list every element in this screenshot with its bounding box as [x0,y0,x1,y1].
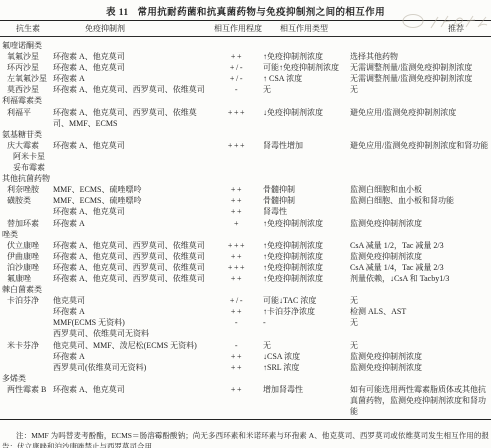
table-number: 表 11 [106,8,128,18]
cell-immunosuppressant: 他克莫司 [50,295,212,306]
cell-antibiotic: 伊曲康唑 [0,251,50,262]
group-label: 棘白菌素类 [2,285,42,294]
cell-recommendation: 监测免疫抑制剂浓度 [344,362,491,373]
cell-immunosuppressant: 他克莫司、MMF、泼尼松(ECMS 无资料) [50,340,212,351]
cell-interaction-type: ↑免疫抑制剂浓度 [262,218,344,229]
cell-interaction-type: ↑免疫抑制剂浓度 [262,273,344,284]
table-title-text: 常用抗耐药菌和抗真菌药物与免疫抑制剂之间的相互作用 [137,8,385,18]
cell-antibiotic [0,351,50,362]
cell-interaction-type: - [262,317,344,328]
cell-immunosuppressant: 环孢素 A、他克莫司、西罗莫司、依维莫司、MMF、ECMS [50,107,212,129]
cell-degree: ++ [212,51,262,62]
cell-recommendation [344,151,491,162]
cell-interaction-type [262,328,344,339]
cell-interaction-type: ↑卡泊芬净浓度 [262,306,344,317]
cell-interaction-type: ↑ CSA 浓度 [262,73,344,84]
cell-recommendation: 避免应用/监测免疫抑制剂浓度和肾功能 [344,140,491,151]
cell-antibiotic: 伏立康唑 [0,240,50,251]
group-label: 多烯类 [2,374,26,383]
cell-degree: ++ [212,251,262,262]
cell-interaction-type: 骨髓抑制 [262,184,344,195]
table-row: 米卡芬净他克莫司、MMF、泼尼松(ECMS 无资料)-无无 [0,340,491,351]
table-row: 替加环素环孢素 A+↑免疫抑制剂浓度监测免疫抑制剂浓度 [0,218,491,229]
table-row: 阿米卡星 [0,151,491,162]
cell-antibiotic: 利福平 [0,107,50,129]
header-interaction-degree: 相互作用程度 [212,23,262,34]
cell-interaction-type [262,151,344,162]
cell-degree: ++ [212,351,262,362]
cell-degree: +/- [212,73,262,84]
cell-antibiotic: 莫西沙星 [0,84,50,95]
cell-antibiotic [0,206,50,217]
cell-recommendation: 选择其他药物 [344,51,491,62]
table-header: 抗生素 免疫抑制剂 相互作用程度 相互作用类型 推荐 [0,21,491,37]
cell-recommendation [344,328,491,339]
cell-antibiotic: 庆大霉素 [0,140,50,151]
cell-antibiotic: 两性霉素 B [0,384,50,417]
cell-recommendation: 监测免疫抑制剂浓度 [344,218,491,229]
cell-recommendation: 检测 ALS、AST [344,306,491,317]
cell-antibiotic: 卡泊芬净 [0,295,50,306]
header-interaction-type: 相互作用类型 [262,23,344,34]
paper-page: 表 11常用抗耐药菌和抗真菌药物与免疫抑制剂之间的相互作用 抗生素 免疫抑制剂 … [0,0,491,448]
cell-recommendation: 无需调整剂量/监测免疫抑制剂浓度 [344,73,491,84]
cell-immunosuppressant: 西罗莫司(依维莫司无资料) [50,362,212,373]
table-row: 庆大霉素环孢素 A、他克莫司+++肾毒性增加避免应用/监测免疫抑制剂浓度和肾功能 [0,140,491,151]
cell-immunosuppressant: 环孢素 A、他克莫司 [50,140,212,151]
group-row: 氨基糖苷类 [0,129,491,140]
cell-degree [212,162,262,173]
table-row: 西罗莫司、依维莫司无资料 [0,328,491,339]
cell-immunosuppressant: 环孢素 A [50,73,212,84]
table-row: 西罗莫司(依维莫司无资料)++↑SRL 浓度监测免疫抑制剂浓度 [0,362,491,373]
table-row: 妥布霉素 [0,162,491,173]
cell-immunosuppressant: MMF(ECMS 无资料) [50,317,212,328]
cell-antibiotic: 利奈唑胺 [0,184,50,195]
cell-immunosuppressant: 环孢素 A、他克莫司、西罗莫司、依维莫司 [50,251,212,262]
cell-interaction-type [262,162,344,173]
table-row: 利奈唑胺MMF、ECMS、硫唑嘌呤++骨髓抑制监测白细胞和血小板 [0,184,491,195]
cell-antibiotic: 氟康唑 [0,273,50,284]
cell-degree [212,328,262,339]
cell-degree: +++ [212,262,262,273]
cell-degree: - [212,340,262,351]
header-immunosuppressant: 免疫抑制剂 [50,23,212,34]
group-row: 氟喹诺酮类 [0,40,491,51]
cell-interaction-type: 无 [262,340,344,351]
cell-recommendation: 避免应用/监测免疫抑制剂浓度 [344,107,491,129]
table-row: 环孢素 A++↑卡泊芬净浓度检测 ALS、AST [0,306,491,317]
table-row: 环孢素 A、他克莫司++肾毒性 [0,206,491,217]
cell-immunosuppressant: 环孢素 A、他克莫司、西罗莫司、依维莫司 [50,262,212,273]
table-row: 利福平环孢素 A、他克莫司、西罗莫司、依维莫司、MMF、ECMS+++↓免疫抑制… [0,107,491,129]
table-row: 磺胺类MMF、ECMS、硫唑嘌呤++骨髓抑制监测白细胞、血小板和肾功能 [0,195,491,206]
header-antibiotic: 抗生素 [0,23,50,34]
cell-degree: +++ [212,107,262,129]
cell-interaction-type: ↑免疫抑制剂浓度 [262,262,344,273]
cell-antibiotic: 环丙沙星 [0,62,50,73]
table-body: 氟喹诺酮类氧氟沙星环孢素 A、他克莫司++↑免疫抑制剂浓度选择其他药物环丙沙星环… [0,37,491,419]
group-row: 其他抗菌药物 [0,173,491,184]
cell-antibiotic: 泊沙康唑 [0,262,50,273]
cell-recommendation: 如有可能选用两性霉素脂质体或其他抗真菌药物，监测免疫抑制剂浓度和肾功能 [344,384,491,417]
table-row: 氧氟沙星环孢素 A、他克莫司++↑免疫抑制剂浓度选择其他药物 [0,51,491,62]
cell-recommendation: 无 [344,84,491,95]
cell-degree: ++ [212,384,262,417]
group-row: 唑类 [0,229,491,240]
cell-interaction-type: ↓CSA 浓度 [262,351,344,362]
cell-interaction-type: 无 [262,84,344,95]
cell-degree: +/- [212,62,262,73]
cell-interaction-type: 增加肾毒性 [262,384,344,417]
group-row: 利福霉素类 [0,95,491,106]
cell-interaction-type: ↑免疫抑制剂浓度 [262,51,344,62]
cell-recommendation [344,206,491,217]
cell-immunosuppressant: 环孢素 A、他克莫司 [50,51,212,62]
cell-degree: - [212,317,262,328]
cell-recommendation: 无需调整剂量/监测免疫抑制剂浓度 [344,62,491,73]
table-row: 环丙沙星环孢素 A、他克莫司+/-可能↑免疫抑制剂浓度无需调整剂量/监测免疫抑制… [0,62,491,73]
group-label: 唑类 [2,230,18,239]
cell-interaction-type: 可能↑免疫抑制剂浓度 [262,62,344,73]
cell-antibiotic: 左氧氟沙星 [0,73,50,84]
cell-recommendation: 监测免疫抑制剂浓度 [344,351,491,362]
table-title: 表 11常用抗耐药菌和抗真菌药物与免疫抑制剂之间的相互作用 [0,0,491,18]
cell-recommendation: CsA 减量 1/2，Tac 减量 2/3 [344,240,491,251]
header-recommendation: 推荐 [344,23,491,34]
cell-degree: ++ [212,184,262,195]
cell-degree: ++ [212,362,262,373]
cell-immunosuppressant: 环孢素 A [50,351,212,362]
cell-recommendation: 监测白细胞、血小板和肾功能 [344,195,491,206]
group-row: 多烯类 [0,373,491,384]
cell-degree: - [212,84,262,95]
cell-degree: ++ [212,306,262,317]
cell-immunosuppressant: 环孢素 A、他克莫司 [50,206,212,217]
table-row: 氟康唑环孢素 A、他克莫司、西罗莫司、依维莫司++↑免疫抑制剂浓度剂量依赖，↓C… [0,273,491,284]
cell-recommendation: 无 [344,317,491,328]
cell-recommendation: 监测白细胞和血小板 [344,184,491,195]
table-row: 环孢素 A++↓CSA 浓度监测免疫抑制剂浓度 [0,351,491,362]
cell-degree: ++ [212,195,262,206]
header-row: 抗生素 免疫抑制剂 相互作用程度 相互作用类型 推荐 [0,21,491,37]
cell-recommendation: 剂量依赖，↓CsA 和 Tacby1/3 [344,273,491,284]
table-row: 泊沙康唑环孢素 A、他克莫司、西罗莫司、依维莫司+++↑免疫抑制剂浓度CsA 减… [0,262,491,273]
cell-immunosuppressant: 环孢素 A [50,306,212,317]
group-label: 利福霉素类 [2,96,42,105]
table-row: 两性霉素 B环孢素 A、他克莫司++增加肾毒性如有可能选用两性霉素脂质体或其他抗… [0,384,491,417]
interaction-table: 抗生素 免疫抑制剂 相互作用程度 相互作用类型 推荐 氟喹诺酮类氧氟沙星环孢素 … [0,20,491,420]
cell-immunosuppressant: 环孢素 A、他克莫司、西罗莫司、依维莫司 [50,273,212,284]
cell-recommendation: 无 [344,340,491,351]
group-label: 氟喹诺酮类 [2,41,42,50]
cell-immunosuppressant: 环孢素 A、他克莫司 [50,62,212,73]
cell-interaction-type: 肾毒性 [262,206,344,217]
cell-immunosuppressant: 环孢素 A、他克莫司、西罗莫司、依维莫司 [50,84,212,95]
cell-recommendation: 无 [344,295,491,306]
cell-antibiotic: 米卡芬净 [0,340,50,351]
cell-recommendation: CsA 减量 1/4，Tac 减量 2/3 [344,262,491,273]
cell-degree: + [212,218,262,229]
cell-degree: ++ [212,273,262,284]
cell-degree: +++ [212,240,262,251]
group-label: 氨基糖苷类 [2,130,42,139]
cell-immunosuppressant [50,162,212,173]
cell-antibiotic: 阿米卡星 [0,151,50,162]
cell-antibiotic: 磺胺类 [0,195,50,206]
cell-degree: +++ [212,140,262,151]
table-row: 卡泊芬净他克莫司+/-可能↓TAC 浓度无 [0,295,491,306]
cell-antibiotic: 替加环素 [0,218,50,229]
table-footnote: 注：MMF 为吗替麦考酚酯，ECMS＝肠溶霉酚酸钠；尚无多西环素和米诺环素与环孢… [0,430,491,448]
cell-degree [212,151,262,162]
group-row: 棘白菌素类 [0,284,491,295]
cell-antibiotic [0,328,50,339]
table-row: MMF(ECMS 无资料)--无 [0,317,491,328]
cell-degree: +/- [212,295,262,306]
cell-immunosuppressant: 环孢素 A、他克莫司 [50,384,212,417]
table-row: 伏立康唑环孢素 A、他克莫司、西罗莫司、依维莫司+++↑免疫抑制剂浓度CsA 减… [0,240,491,251]
cell-interaction-type: ↑免疫抑制剂浓度 [262,240,344,251]
cell-interaction-type: ↓免疫抑制剂浓度 [262,107,344,129]
cell-immunosuppressant: 西罗莫司、依维莫司无资料 [50,328,212,339]
cell-antibiotic [0,362,50,373]
table-row: 左氧氟沙星环孢素 A+/-↑ CSA 浓度无需调整剂量/监测免疫抑制剂浓度 [0,73,491,84]
cell-recommendation [344,162,491,173]
cell-immunosuppressant [50,151,212,162]
cell-antibiotic [0,317,50,328]
cell-immunosuppressant: 环孢素 A [50,218,212,229]
cell-recommendation: 监测免疫抑制剂浓度 [344,251,491,262]
cell-immunosuppressant: MMF、ECMS、硫唑嘌呤 [50,184,212,195]
cell-antibiotic: 氧氟沙星 [0,51,50,62]
table-row: 莫西沙星环孢素 A、他克莫司、西罗莫司、依维莫司-无无 [0,84,491,95]
cell-degree: ++ [212,206,262,217]
cell-antibiotic [0,306,50,317]
cell-antibiotic: 妥布霉素 [0,162,50,173]
cell-immunosuppressant: 环孢素 A、他克莫司、西罗莫司、依维莫司 [50,240,212,251]
cell-interaction-type: 肾毒性增加 [262,140,344,151]
cell-interaction-type: 骨髓抑制 [262,195,344,206]
cell-interaction-type: 可能↓TAC 浓度 [262,295,344,306]
cell-interaction-type: ↑免疫抑制剂浓度 [262,251,344,262]
cell-interaction-type: ↑SRL 浓度 [262,362,344,373]
table-row: 伊曲康唑环孢素 A、他克莫司、西罗莫司、依维莫司++↑免疫抑制剂浓度监测免疫抑制… [0,251,491,262]
cell-immunosuppressant: MMF、ECMS、硫唑嘌呤 [50,195,212,206]
group-label: 其他抗菌药物 [2,174,50,183]
